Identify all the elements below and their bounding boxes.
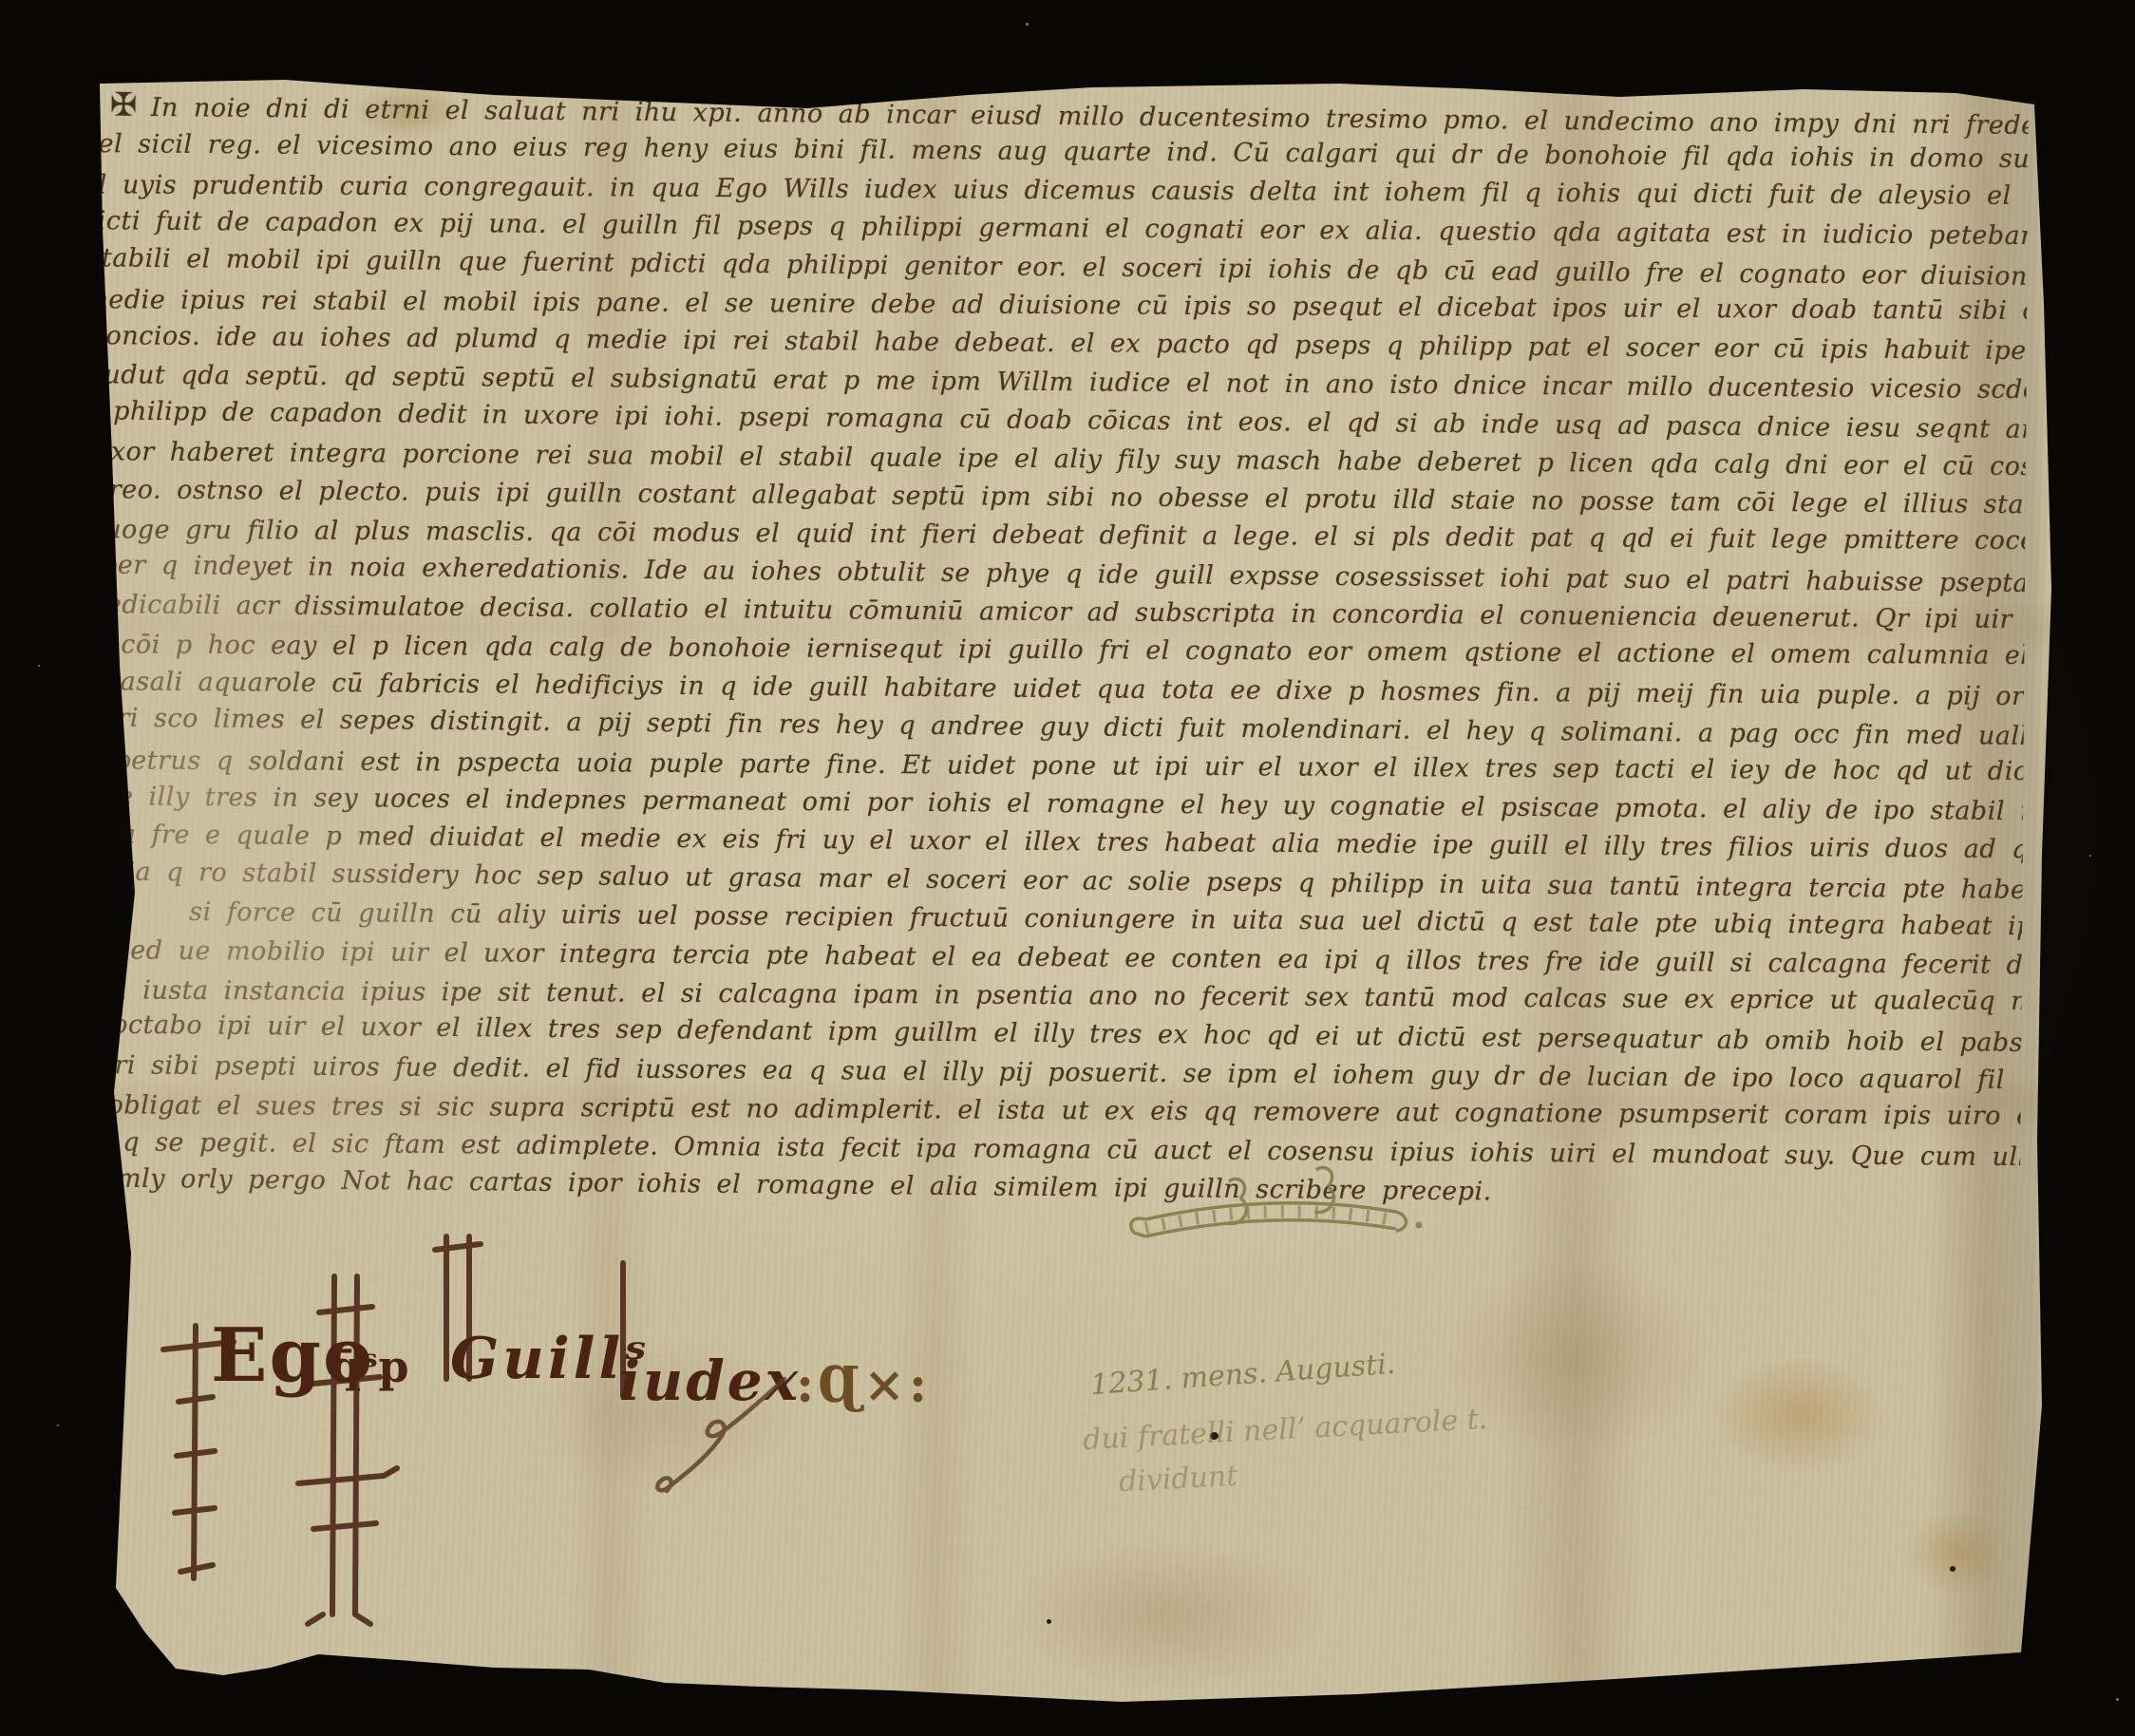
dust-speck	[2116, 1698, 2119, 1701]
dust-speck	[38, 665, 40, 667]
charter-text-block: ✠In noie dni di etrni el saluat nri ihu …	[73, 87, 2029, 1215]
dust-speck	[1026, 23, 1029, 26]
archival-note-annotation: dui fratelli nell’ acquarole t.	[1082, 1403, 1488, 1457]
photograph-of-parchment-charter: ✠In noie dni di etrni el saluat nri ihu …	[0, 0, 2135, 1736]
archival-date-annotation: 1231. mens. Augusti.	[1089, 1348, 1396, 1402]
notary-signature-flourish-text: :Ɋ×:	[796, 1356, 931, 1414]
notary-signature-title: iudex	[619, 1349, 801, 1413]
parchment-sheet: ✠In noie dni di etrni el saluat nri ihu …	[0, 0, 2135, 1736]
dust-speck	[57, 1425, 59, 1426]
invocation-cross-icon: ✠	[110, 85, 138, 123]
ink-hole-spot	[1950, 1566, 1956, 1572]
dust-speck	[2089, 855, 2091, 857]
notary-signature-abbrev: q̄ˢp	[331, 1341, 408, 1392]
archival-note-annotation-2: dividunt	[1118, 1460, 1238, 1500]
ink-hole-spot	[1047, 1619, 1051, 1624]
